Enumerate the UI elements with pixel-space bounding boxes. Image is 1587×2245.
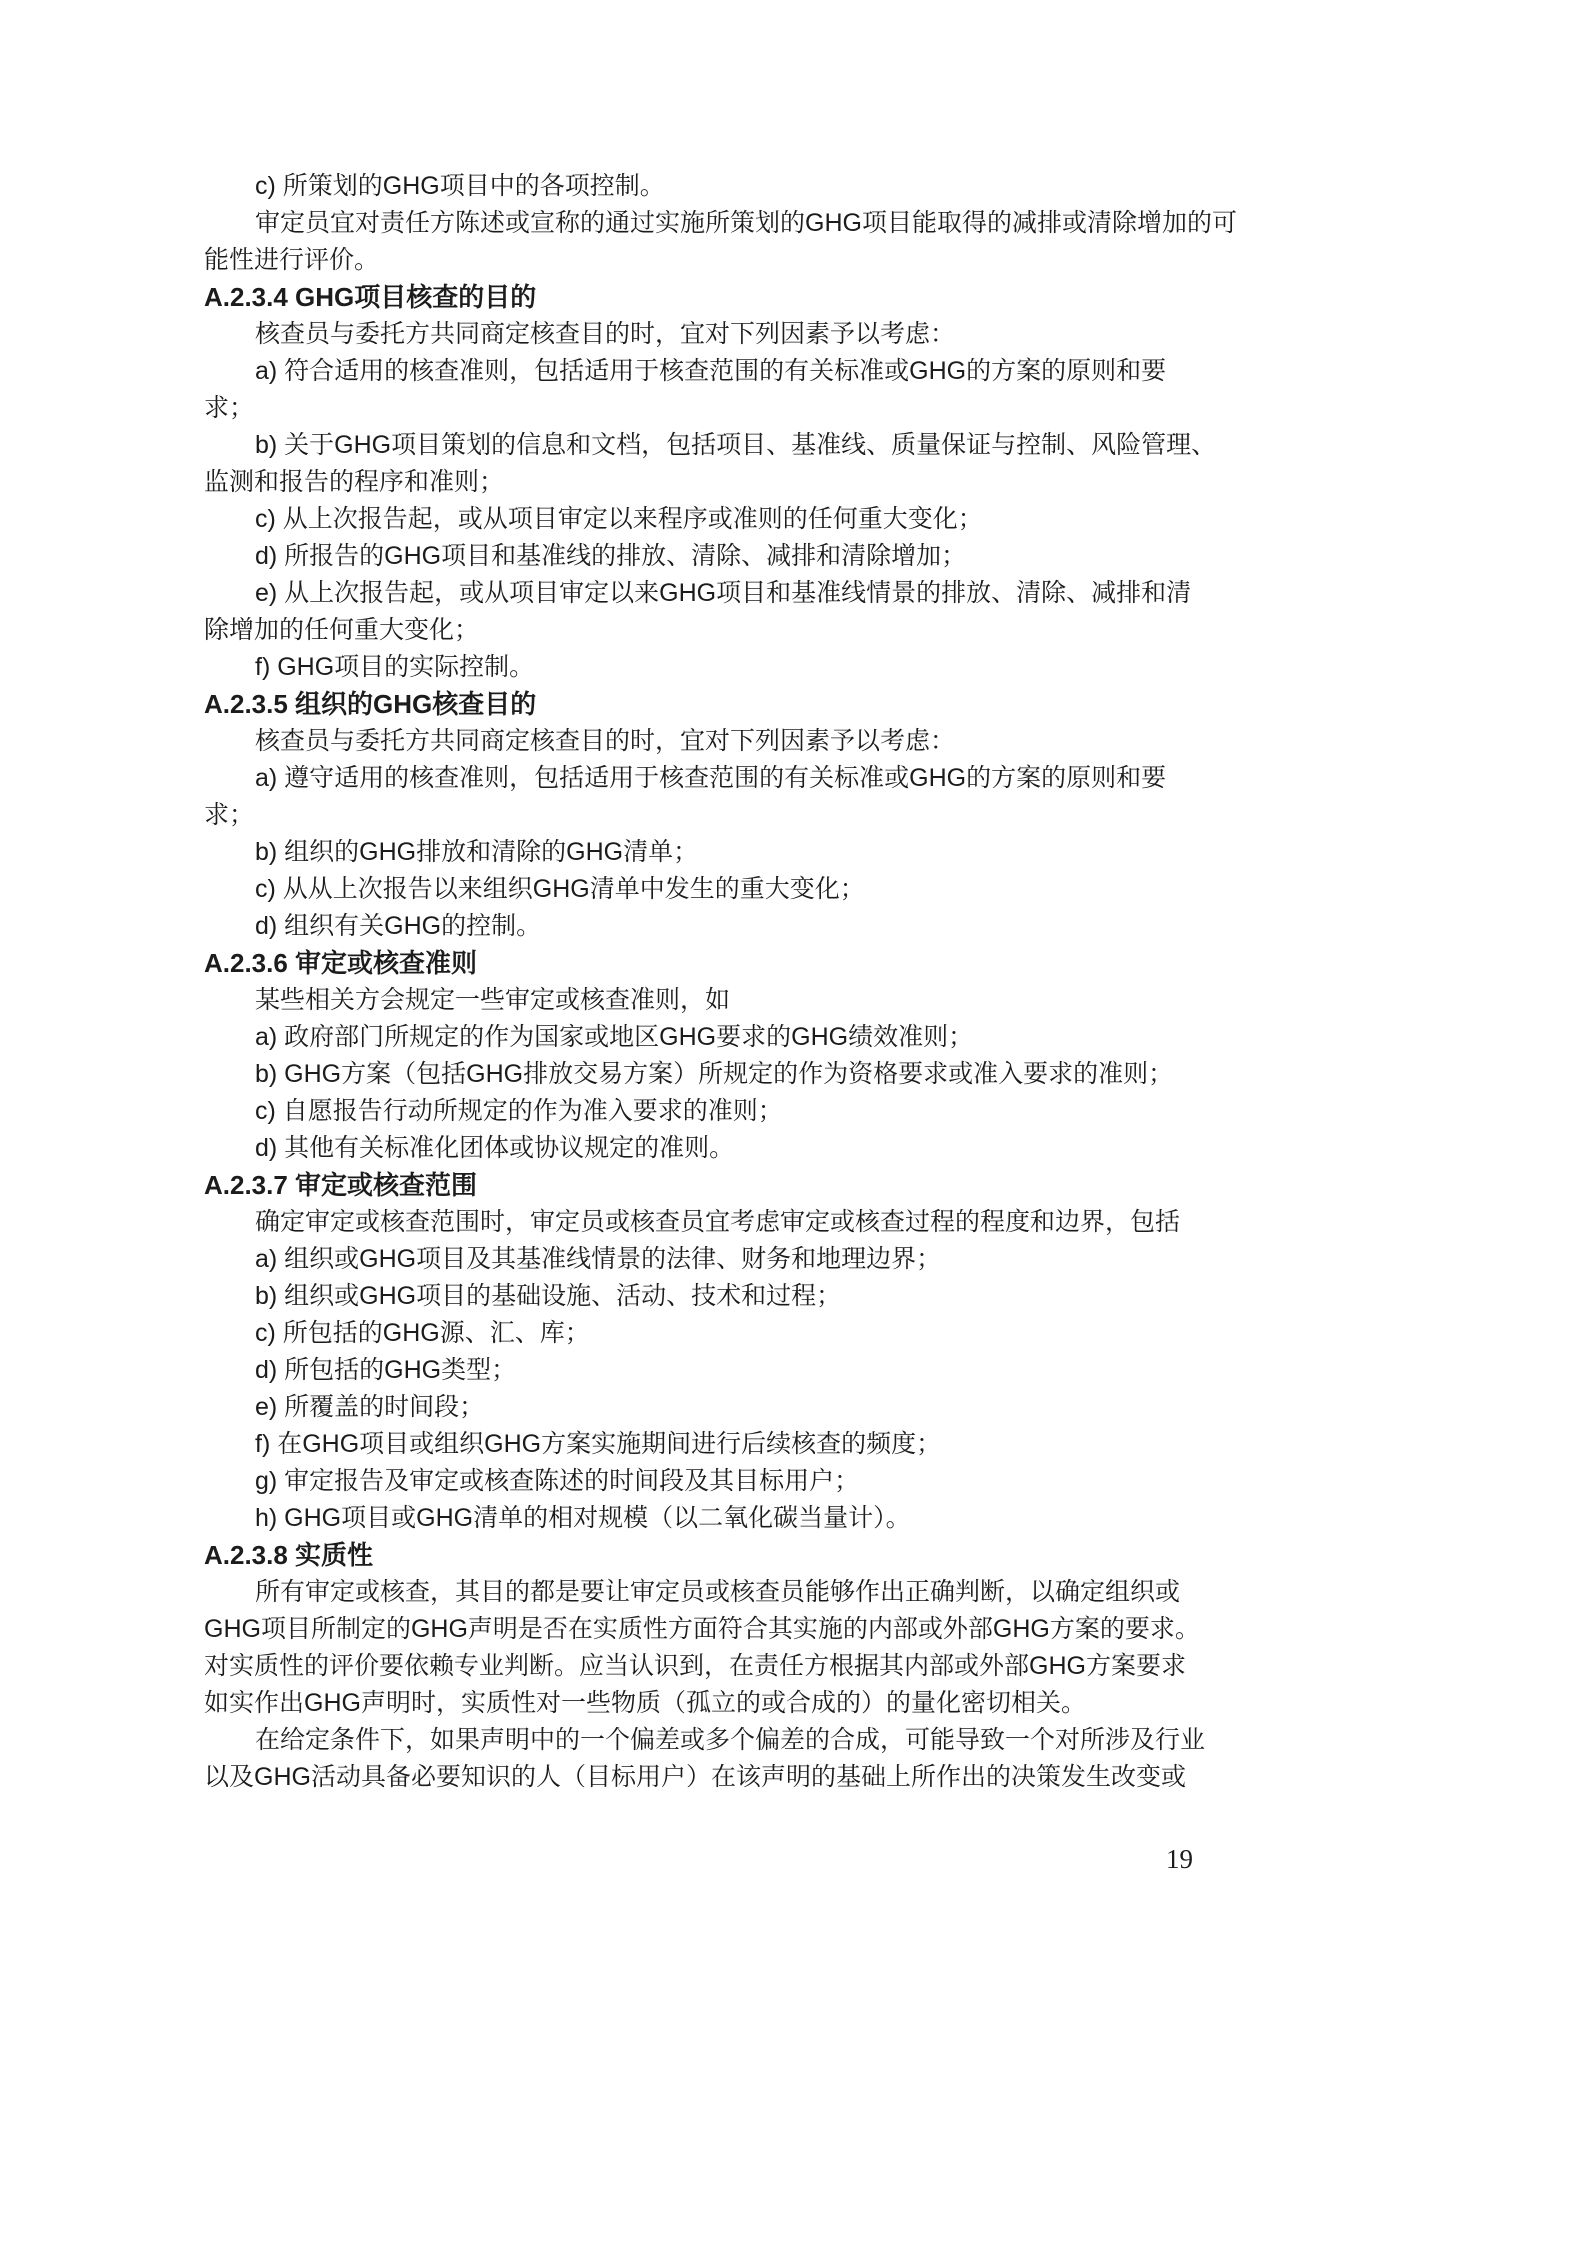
text-line: b) GHG方案（包括GHG排放交易方案）所规定的作为资格要求或准入要求的准则；	[204, 1056, 1274, 1093]
section-heading: A.2.3.6 审定或核查准则	[204, 945, 1274, 982]
section-heading: A.2.3.5 组织的GHG核查目的	[204, 686, 1274, 723]
text-line: b) 组织或GHG项目的基础设施、活动、技术和过程；	[204, 1278, 1274, 1315]
text-line: 如实作出GHG声明时，实质性对一些物质（孤立的或合成的）的量化密切相关。	[204, 1685, 1274, 1722]
text-line: 所有审定或核查，其目的都是要让审定员或核查员能够作出正确判断，以确定组织或	[204, 1574, 1274, 1611]
text-line: 确定审定或核查范围时，审定员或核查员宜考虑审定或核查过程的程度和边界，包括	[204, 1204, 1274, 1241]
text-line: 能性进行评价。	[204, 242, 1274, 279]
text-line: b) 关于GHG项目策划的信息和文档，包括项目、基准线、质量保证与控制、风险管理…	[204, 427, 1274, 464]
text-line: c) 从上次报告起，或从项目审定以来程序或准则的任何重大变化；	[204, 501, 1274, 538]
section-heading: A.2.3.4 GHG项目核查的目的	[204, 279, 1274, 316]
text-line: 除增加的任何重大变化；	[204, 612, 1274, 649]
text-line: a) 政府部门所规定的作为国家或地区GHG要求的GHG绩效准则；	[204, 1019, 1274, 1056]
text-line: f) 在GHG项目或组织GHG方案实施期间进行后续核查的频度；	[204, 1426, 1274, 1463]
text-line: h) GHG项目或GHG清单的相对规模（以二氧化碳当量计）。	[204, 1500, 1274, 1537]
text-line: e) 从上次报告起，或从项目审定以来GHG项目和基准线情景的排放、清除、减排和清	[204, 575, 1274, 612]
text-line: a) 符合适用的核查准则，包括适用于核查范围的有关标准或GHG的方案的原则和要	[204, 353, 1274, 390]
text-line: f) GHG项目的实际控制。	[204, 649, 1274, 686]
text-line: c) 自愿报告行动所规定的作为准入要求的准则；	[204, 1093, 1274, 1130]
text-line: 核查员与委托方共同商定核查目的时，宜对下列因素予以考虑：	[204, 316, 1274, 353]
text-line: 核查员与委托方共同商定核查目的时，宜对下列因素予以考虑：	[204, 723, 1274, 760]
text-line: g) 审定报告及审定或核查陈述的时间段及其目标用户；	[204, 1463, 1274, 1500]
document-page: c) 所策划的GHG项目中的各项控制。审定员宜对责任方陈述或宣称的通过实施所策划…	[0, 0, 1587, 2245]
page-number: 19	[1166, 1842, 1193, 1876]
text-line: a) 遵守适用的核查准则，包括适用于核查范围的有关标准或GHG的方案的原则和要	[204, 760, 1274, 797]
text-line: d) 其他有关标准化团体或协议规定的准则。	[204, 1130, 1274, 1167]
text-line: c) 从从上次报告以来组织GHG清单中发生的重大变化；	[204, 871, 1274, 908]
text-line: GHG项目所制定的GHG声明是否在实质性方面符合其实施的内部或外部GHG方案的要…	[204, 1611, 1274, 1648]
text-line: e) 所覆盖的时间段；	[204, 1389, 1274, 1426]
text-line: 审定员宜对责任方陈述或宣称的通过实施所策划的GHG项目能取得的减排或清除增加的可	[204, 205, 1274, 242]
section-heading: A.2.3.8 实质性	[204, 1537, 1274, 1574]
text-line: d) 组织有关GHG的控制。	[204, 908, 1274, 945]
text-line: a) 组织或GHG项目及其基准线情景的法律、财务和地理边界；	[204, 1241, 1274, 1278]
text-line: c) 所策划的GHG项目中的各项控制。	[204, 168, 1274, 205]
text-line: 某些相关方会规定一些审定或核查准则，如	[204, 982, 1274, 1019]
text-line: c) 所包括的GHG源、汇、库；	[204, 1315, 1274, 1352]
text-line: b) 组织的GHG排放和清除的GHG清单；	[204, 834, 1274, 871]
text-line: 以及GHG活动具备必要知识的人（目标用户）在该声明的基础上所作出的决策发生改变或	[204, 1759, 1274, 1796]
text-line: 求；	[204, 797, 1274, 834]
text-line: 监测和报告的程序和准则；	[204, 464, 1274, 501]
document-body: c) 所策划的GHG项目中的各项控制。审定员宜对责任方陈述或宣称的通过实施所策划…	[204, 168, 1274, 1796]
text-line: d) 所报告的GHG项目和基准线的排放、清除、减排和清除增加；	[204, 538, 1274, 575]
text-line: 求；	[204, 390, 1274, 427]
text-line: 对实质性的评价要依赖专业判断。应当认识到，在责任方根据其内部或外部GHG方案要求	[204, 1648, 1274, 1685]
text-line: d) 所包括的GHG类型；	[204, 1352, 1274, 1389]
text-line: 在给定条件下，如果声明中的一个偏差或多个偏差的合成，可能导致一个对所涉及行业	[204, 1722, 1274, 1759]
section-heading: A.2.3.7 审定或核查范围	[204, 1167, 1274, 1204]
